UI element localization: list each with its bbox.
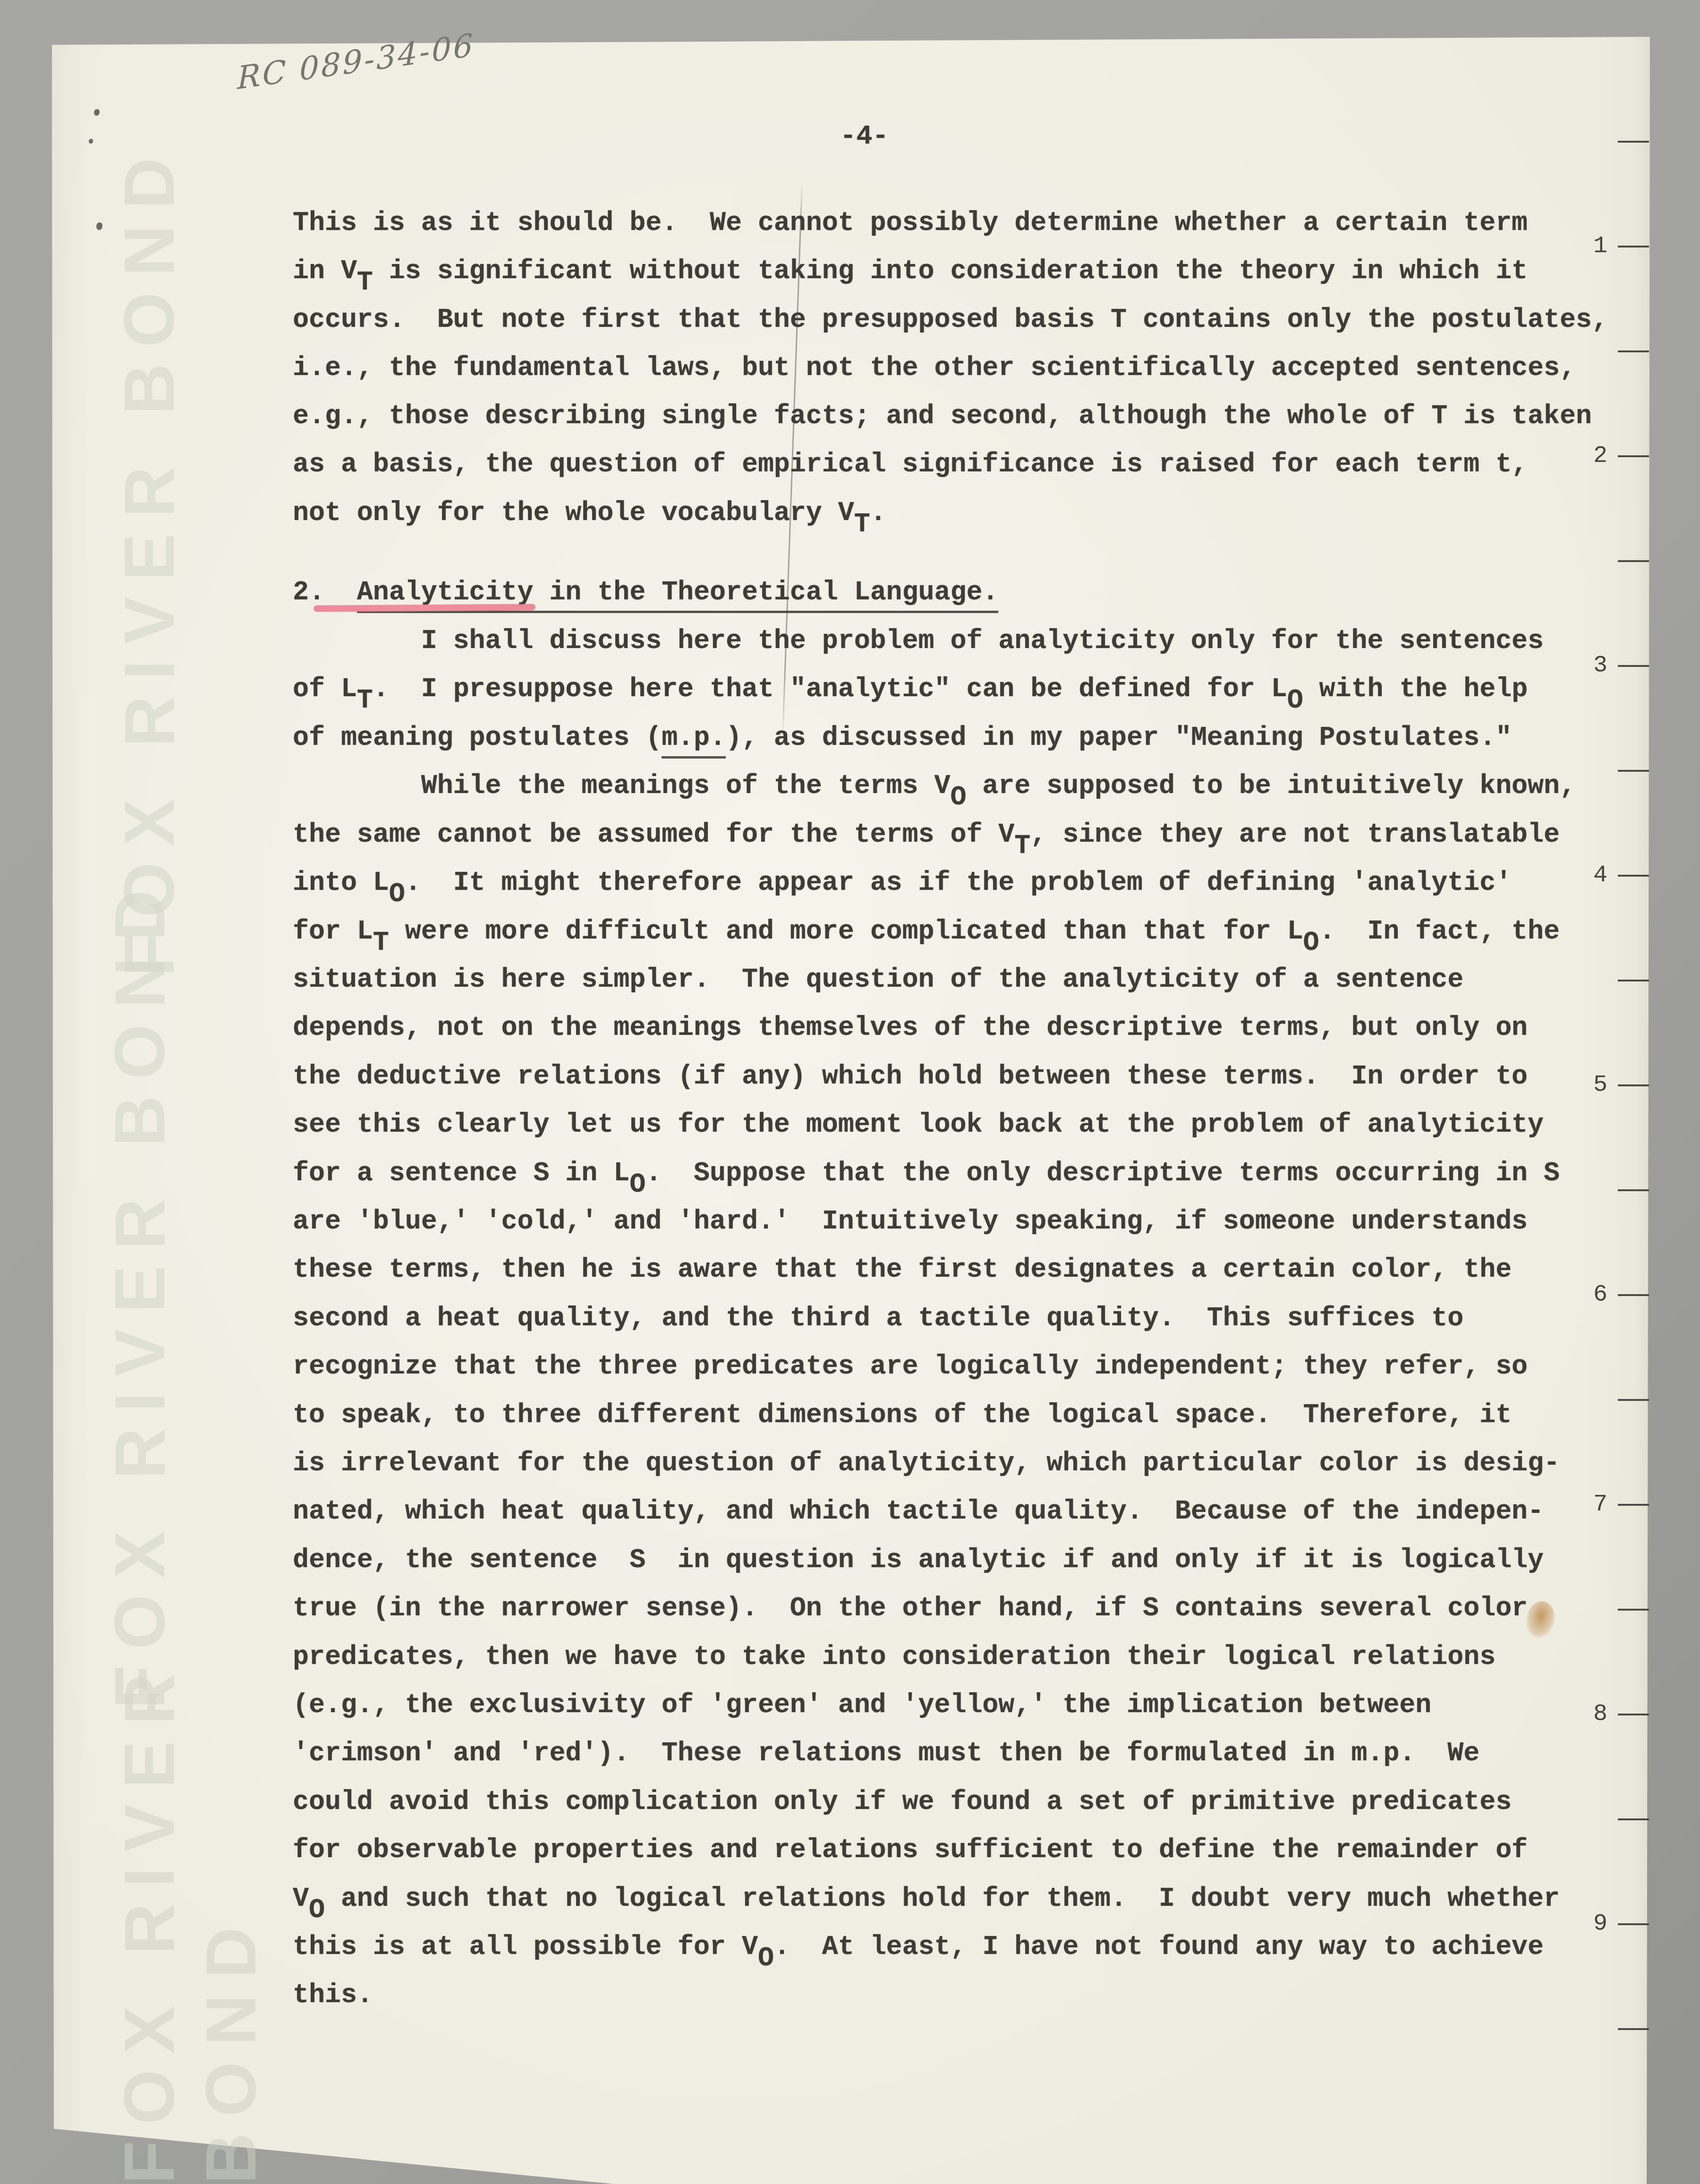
ruler-mark bbox=[1572, 758, 1649, 784]
ruler-mark-label: 8 bbox=[1593, 1703, 1607, 1726]
typed-line: While the meanings of the terms VO are s… bbox=[293, 771, 1576, 802]
ruler-mark bbox=[1572, 1387, 1649, 1413]
typed-line: as a basis, the question of empirical si… bbox=[293, 449, 1528, 480]
typed-line: for LT were more difficult and more comp… bbox=[293, 916, 1560, 947]
typed-line: occurs. But note first that the presuppo… bbox=[293, 305, 1608, 335]
paper-watermark: FOX RIVER BOND bbox=[109, 142, 190, 977]
typed-line: the deductive relations (if any) which h… bbox=[293, 1061, 1528, 1092]
ruler-mark-label: 5 bbox=[1593, 1074, 1607, 1097]
ruler-dash bbox=[1618, 1294, 1649, 1296]
ruler-dash bbox=[1618, 455, 1649, 457]
typed-line: (e.g., the exclusivity of 'green' and 'y… bbox=[293, 1690, 1431, 1721]
typed-underline: m.p. bbox=[662, 723, 726, 759]
ruler-dash bbox=[1618, 1399, 1649, 1401]
ruler-dash bbox=[1618, 141, 1649, 143]
ruler-mark-label: 2 bbox=[1593, 444, 1607, 468]
subscript: O bbox=[950, 782, 966, 812]
ruler-dash bbox=[1618, 350, 1649, 352]
page-number: -4- bbox=[840, 122, 889, 152]
ruler-dash bbox=[1618, 246, 1649, 247]
subscript: T bbox=[1014, 831, 1030, 861]
ruler-dash bbox=[1618, 2028, 1649, 2030]
ruler-dash bbox=[1618, 665, 1649, 667]
typed-line: 'crimson' and 'red'). These relations mu… bbox=[293, 1738, 1479, 1769]
subscript: O bbox=[629, 1169, 646, 1200]
subscript: O bbox=[389, 879, 405, 909]
ruler-dash bbox=[1618, 1189, 1649, 1191]
typed-line: for a sentence S in LO. Suppose that the… bbox=[293, 1158, 1560, 1189]
typed-line: of meaning postulates (m.p.), as discuss… bbox=[293, 723, 1512, 753]
typed-line: is irrelevant for the question of analyt… bbox=[293, 1448, 1560, 1479]
ruler-mark-label: 1 bbox=[1593, 235, 1607, 258]
typed-line: are 'blue,' 'cold,' and 'hard.' Intuitiv… bbox=[293, 1206, 1528, 1237]
ruler-mark-numbered: 5 bbox=[1572, 1073, 1649, 1098]
typed-line: nated, which heat quality, and which tac… bbox=[293, 1496, 1544, 1527]
typed-line: recognize that the three predicates are … bbox=[293, 1351, 1528, 1382]
ruler-mark bbox=[1572, 968, 1649, 993]
ruler-mark bbox=[1572, 2016, 1649, 2042]
ruler-dash bbox=[1618, 770, 1649, 772]
subscript: T bbox=[854, 509, 870, 539]
typed-line: this is at all possible for VO. At least… bbox=[293, 1932, 1544, 1962]
typed-line: for observable properties and relations … bbox=[293, 1835, 1528, 1866]
typed-line: to speak, to three different dimensions … bbox=[293, 1400, 1512, 1431]
typed-line: see this clearly let us for the moment l… bbox=[293, 1109, 1544, 1140]
typed-line: I shall discuss here the problem of anal… bbox=[293, 626, 1544, 657]
typed-line: the same cannot be assumed for the terms… bbox=[293, 819, 1560, 850]
ruler-mark-label: 4 bbox=[1593, 864, 1607, 887]
paper-watermark: FOX RIVER BOND bbox=[109, 1582, 272, 2184]
subscript: T bbox=[357, 267, 373, 298]
ruler-mark-label: 6 bbox=[1593, 1283, 1607, 1307]
typed-line: i.e., the fundamental laws, but not the … bbox=[293, 353, 1576, 384]
ruler-mark bbox=[1572, 1807, 1649, 1832]
typed-line: dence, the sentence S in question is ana… bbox=[293, 1545, 1544, 1576]
ruler-dash bbox=[1618, 560, 1649, 562]
typed-line: true (in the narrower sense). On the oth… bbox=[293, 1593, 1528, 1624]
ruler-mark-numbered: 3 bbox=[1572, 653, 1649, 679]
ruler-mark bbox=[1572, 1177, 1649, 1203]
typed-line: e.g., those describing single facts; and… bbox=[293, 401, 1592, 432]
ruler-mark-label: 7 bbox=[1593, 1493, 1607, 1517]
typed-line: this. bbox=[293, 1980, 373, 2011]
ruler-mark-label: 9 bbox=[1593, 1912, 1607, 1936]
typed-line: predicates, then we have to take into co… bbox=[293, 1642, 1496, 1672]
ruler-dash bbox=[1618, 980, 1649, 981]
ruler-mark-numbered: 6 bbox=[1572, 1282, 1649, 1308]
ruler-mark bbox=[1572, 1597, 1649, 1622]
ruler-mark bbox=[1572, 548, 1649, 574]
ruler-dash bbox=[1618, 1714, 1649, 1715]
subscript: O bbox=[309, 1895, 325, 1925]
ruler-dash bbox=[1618, 1609, 1649, 1611]
typed-line: these terms, then he is aware that the f… bbox=[293, 1254, 1512, 1285]
typed-line: situation is here simpler. The question … bbox=[293, 964, 1463, 995]
subscript: O bbox=[1287, 685, 1303, 716]
typed-line: depends, not on the meanings themselves … bbox=[293, 1013, 1528, 1043]
subscript: O bbox=[1303, 928, 1319, 958]
typed-line: VO and such that no logical relations ho… bbox=[293, 1884, 1560, 1914]
ruler-mark-numbered: 4 bbox=[1572, 863, 1649, 888]
ruler-mark bbox=[1572, 129, 1649, 154]
subscript: T bbox=[357, 685, 373, 716]
typed-line: not only for the whole vocabulary VT. bbox=[293, 498, 886, 529]
ruler-mark-numbered: 2 bbox=[1572, 444, 1649, 469]
typed-line: could avoid this complication only if we… bbox=[293, 1787, 1512, 1817]
ruler-mark-label: 3 bbox=[1593, 654, 1607, 678]
ruler-mark-numbered: 1 bbox=[1572, 234, 1649, 259]
ruler-mark bbox=[1572, 339, 1649, 364]
typed-line: This is as it should be. We cannot possi… bbox=[293, 208, 1528, 239]
ruler-dash bbox=[1618, 1084, 1649, 1086]
typed-line: into LO. It might therefore appear as if… bbox=[293, 868, 1512, 898]
typed-line: of LT. I presuppose here that "analytic"… bbox=[293, 674, 1528, 705]
ruler-mark-numbered: 9 bbox=[1572, 1911, 1649, 1937]
ruler-dash bbox=[1618, 1818, 1649, 1820]
scanned-document-page: FOX RIVER BOND FOX RIVER BOND FOX RIVER … bbox=[0, 0, 1700, 2184]
subscript: T bbox=[373, 928, 389, 958]
ruler-mark-numbered: 7 bbox=[1572, 1492, 1649, 1518]
ruler-dash bbox=[1618, 1923, 1649, 1925]
ruler-mark-numbered: 8 bbox=[1572, 1702, 1649, 1727]
typed-line: in VT is significant without taking into… bbox=[293, 256, 1528, 287]
ruler-dash bbox=[1618, 1504, 1649, 1506]
subscript: O bbox=[758, 1943, 774, 1973]
typed-line: second a heat quality, and the third a t… bbox=[293, 1303, 1463, 1334]
ruler-dash bbox=[1618, 875, 1649, 877]
section-heading: 2. Analyticity in the Theoretical Langua… bbox=[293, 577, 998, 608]
